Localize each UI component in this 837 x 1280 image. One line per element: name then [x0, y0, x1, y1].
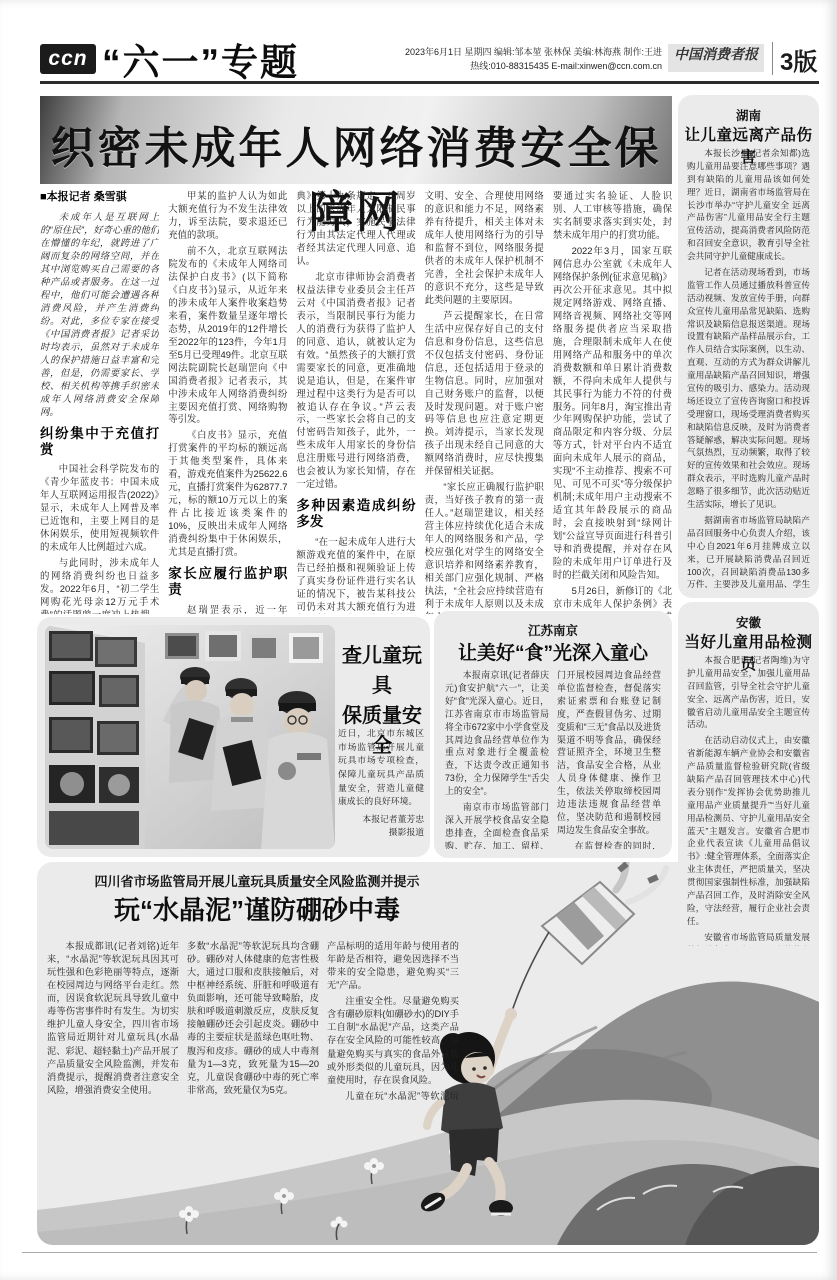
sichuan-columns: 本报成都讯(记者刘铭)近年来，“水晶泥”等软泥玩具因其可玩性强和色彩艳丽等特点，… — [47, 940, 459, 1100]
main-column-4: 文明、安全、合理使用网络的意识和能力不足，网络素养有待提升，相关主体对未成年人使… — [425, 190, 544, 614]
subheading-2: 家长应履行监护职责 — [168, 566, 287, 598]
paragraph: “家长应正确履行监护职责，当好孩子教育的第一责任人。”赵瑞罡建议，相关经营主体应… — [425, 481, 544, 614]
paragraph: 记者在活动现场看到，市场监管工作人员通过播放科普宣传活动视频、发放宣传手册，向群… — [687, 266, 810, 511]
main-headline-banner: 织密未成年人网络消费安全保障网 — [40, 96, 672, 184]
paragraph: 《白皮书》显示，充值打赏案件的平均标的额远高于其他类型案件，具体来看，游戏充值案… — [168, 429, 287, 559]
jiangsu-column-1: 本报南京讯(记者薛庆元)食安护航“六一”，让美好“食”光深入童心。近日，江苏省南… — [445, 669, 549, 849]
photo-caption: 近日，北京市东城区市场监管局开展儿童玩具市场专项检查，保障儿童玩具产品质量安全，… — [338, 727, 424, 809]
photo-title-line1: 查儿童玩具 — [340, 641, 424, 701]
photo-credit: 本报记者董芳忠 摄影报道 — [338, 813, 424, 839]
lead-paragraph: 未成年人是互联网上的“原住民”，好奇心重的他们在懵懂的年纪，就跨进了广阔而复杂的… — [40, 211, 159, 419]
paragraph: 文明、安全、合理使用网络的意识和能力不足，网络素养有待提升，相关主体对未成年人使… — [425, 190, 544, 307]
main-column-2: 甲某的监护人认为如此大额充值行为不发生法律效力，诉至法院，要求退还已充值的款项。… — [168, 190, 287, 614]
paragraph: 儿童在玩“水晶泥”等软泥玩具时，家长必须做好监护并注意以下几点:要加强教育和监护… — [327, 1090, 459, 1100]
jiangsu-columns: 本报南京讯(记者薛庆元)食安护航“六一”，让美好“食”光深入童心。近日，江苏省南… — [445, 669, 661, 849]
paragraph: 据湖南省市场监管局缺陷产品召回服务中心负责人介绍，该中心自2021年6月挂牌成立… — [687, 514, 810, 588]
paragraph: 中国社会科学院发布的《青少年蓝皮书：中国未成年人互联网运用报告(2022)》显示… — [40, 463, 159, 554]
paragraph: 典》第十九条规定，八周岁以上的未成年人为限制民事行为能力人，实施民事法律行为由其… — [296, 190, 415, 268]
masthead-divider — [772, 42, 773, 75]
paragraph: “在一起未成年人进行大额游戏充值的案件中，在原告已经拍摄和视频验证上传了真实身份… — [296, 536, 415, 614]
newspaper-page: ccn “六一”专题 2023年6月1日 星期四 编辑:邹本堃 张林保 美编:林… — [0, 0, 837, 1280]
paragraph: 芦云提醒家长，在日常生活中应保存好自己的支付信息和身份信息，这些信息不仅包括支付… — [425, 310, 544, 479]
jiangsu-column-2: 门开展校园周边食品经营单位监督检查，督促落实索证索票和台账登记制度，严查假冒伪劣… — [557, 669, 661, 849]
ccn-logo: ccn — [40, 44, 96, 74]
paragraph: 在监督检查的同时，南京市市场监管部门还通过组织开展食品安全专题教育，向在校师生普… — [557, 840, 661, 849]
anhui-body: 本报合肥讯(记者陶维)为守护儿童用品安全，加强儿童用品召回监管，引导全社会守护儿… — [687, 654, 810, 946]
paragraph: 多数“水晶泥”等软泥玩具均含硼砂。硼砂对人体健康的危害性极大，通过口服和皮肤接触… — [187, 940, 319, 1097]
paragraph: 产品标明的适用年龄与使用者的年龄是否相符，避免因选择不当带来的安全隐患，避免购买… — [327, 940, 459, 992]
byline: ■本报记者 桑雪骐 — [40, 190, 159, 205]
paragraph: 与此同时，涉未成年人的网络消费纠纷也日益多发。2022年6月，“初二学生网购花光… — [40, 557, 159, 614]
page-footer-rule — [22, 1252, 817, 1253]
paragraph: 2022年3月，国家互联网信息办公室就《未成年人网络保护条例(征求意见稿)》再次… — [553, 245, 672, 582]
paragraph: 要通过实名验证、人脸识别、人工审核等措施，确保实名制要求落实到实处，封禁未成年用… — [553, 190, 672, 242]
toy-inspection-photo — [45, 625, 335, 849]
paragraph: 南京市市场监管部门深入开展学校食品安全隐患排查，全面检查食品采购、贮存、加工、留… — [445, 801, 549, 849]
subheading-3: 多种因素造成纠纷多发 — [296, 498, 415, 530]
paragraph: 本报长沙讯(记者余知都)选购儿童用品要注意哪些事项？遇到有缺陷的儿童用品该如何处… — [687, 147, 810, 263]
hunan-article: 湖南 让儿童远离产品伤害 本报长沙讯(记者余知都)选购儿童用品要注意哪些事项？遇… — [678, 95, 819, 598]
paper-name: 中国消费者报 — [668, 44, 764, 72]
paragraph: 本报合肥讯(记者陶维)为守护儿童用品安全，加强儿童用品召回监管，引导全社会守护儿… — [687, 654, 810, 731]
masthead-meta: 2023年6月1日 星期四 编辑:邹本堃 张林保 美编:林海燕 制作:王进 热线… — [400, 45, 662, 74]
main-column-5: 要通过实名验证、人脸识别、人工审核等措施，确保实名制要求落实到实处，封禁未成年用… — [553, 190, 672, 614]
paragraph: 甲某的监护人认为如此大额充值行为不发生法律效力，诉至法院，要求退还已充值的款项。 — [168, 190, 287, 242]
sichuan-column-2: 多数“水晶泥”等软泥玩具均含硼砂。硼砂对人体健康的危害性极大，通过口服和皮肤接触… — [187, 940, 319, 1100]
paragraph: 在活动启动仪式上，由安徽省新能源车辆产业协会和安徽省产品质量监督检验研究院(省级… — [687, 734, 810, 927]
subheading-1: 纠纷集中于充值打赏 — [40, 426, 159, 458]
main-column-1: ■本报记者 桑雪骐 未成年人是互联网上的“原住民”，好奇心重的他们在懵懂的年纪，… — [40, 190, 159, 614]
anhui-article: 安徽 当好儿童用品检测员 本报合肥讯(记者陶维)为守护儿童用品安全，加强儿童用品… — [678, 602, 819, 956]
contact-line: 热线:010-88315435 E-mail:xinwen@ccn.com.cn — [400, 59, 662, 73]
paragraph: 5月26日，新修订的《北京市未成年人保护条例》表决通过，今年6月1日起正式实施。… — [553, 585, 672, 614]
paragraph: 本报南京讯(记者薛庆元)食安护航“六一”，让美好“食”光深入童心。近日，江苏省南… — [445, 669, 549, 798]
main-article-columns: ■本报记者 桑雪骐 未成年人是互联网上的“原住民”，好奇心重的他们在懵懂的年纪，… — [40, 190, 672, 614]
main-column-3: 典》第十九条规定，八周岁以上的未成年人为限制民事行为能力人，实施民事法律行为由其… — [296, 190, 415, 614]
sichuan-column-3: 产品标明的适用年龄与使用者的年龄是否相符，避免因选择不当带来的安全隐患，避免购买… — [327, 940, 459, 1100]
paragraph: 赵瑞罡表示，近一年来，北京市互联网法院涉未成年人案件中当事人为10岁以下的39件… — [168, 604, 287, 615]
jiangsu-article: 江苏南京 让美好“食”光深入童心 本报南京讯(记者薛庆元)食安护航“六一”，让美… — [434, 611, 672, 858]
paragraph: 北京市律师协会消费者权益法律专业委员会主任芦云对《中国消费者报》记者表示，当限制… — [296, 271, 415, 491]
paragraph: 前不久，北京互联网法院发布的《未成年人网络司法保护白皮书》(以下简称《白皮书》)… — [168, 245, 287, 427]
jiangsu-kicker: 江苏南京 — [434, 621, 672, 639]
photo-credit-role: 摄影报道 — [338, 826, 424, 839]
section-title: “六一”专题 — [102, 32, 299, 86]
jiangsu-headline: 让美好“食”光深入童心 — [434, 638, 672, 665]
hunan-body: 本报长沙讯(记者余知都)选购儿童用品要注意哪些事项？遇到有缺陷的儿童用品该如何处… — [687, 147, 810, 588]
paragraph: 本报成都讯(记者刘铭)近年来，“水晶泥”等软泥玩具因其可玩性强和色彩艳丽等特点，… — [47, 940, 179, 1097]
paragraph: 注重安全性。尽量避免购买含有硼砂原料(如硼砂水)的DIY手工自制“水晶泥”产品，… — [327, 995, 459, 1086]
masthead-rule — [40, 81, 819, 84]
anhui-kicker: 安徽 — [678, 613, 819, 631]
date-editors-line: 2023年6月1日 星期四 编辑:邹本堃 张林保 美编:林海燕 制作:王进 — [400, 45, 662, 59]
photo-feature: 查儿童玩具 保质量安全 近日，北京市东城区市场监管局开展儿童玩具市场专项检查，保… — [37, 617, 430, 857]
paragraph: 安徽省市场监管局质量发展处相关负责人表示，要完善儿童用品质量安全法规制度，加强儿… — [687, 931, 810, 946]
paragraph: 门开展校园周边食品经营单位监督检查，督促落实索证索票和台账登记制度，严查假冒伪劣… — [557, 669, 661, 837]
photo-credit-name: 本报记者董芳忠 — [338, 813, 424, 826]
sichuan-column-1: 本报成都讯(记者刘铭)近年来，“水晶泥”等软泥玩具因其可玩性强和色彩艳丽等特点，… — [47, 940, 179, 1100]
page-number: 3版 — [780, 42, 817, 77]
hunan-kicker: 湖南 — [678, 106, 819, 124]
